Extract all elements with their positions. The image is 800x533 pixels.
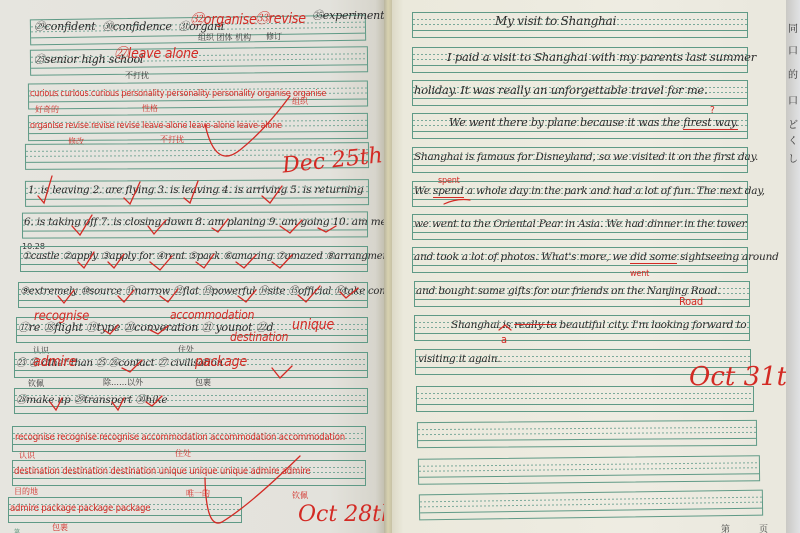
writing-band-empty <box>418 455 760 485</box>
chinese-note: 住处 <box>175 448 191 459</box>
vocab-item: ㉟experiment <box>312 9 384 23</box>
right-page-composition: My visit to Shanghai I paid a visit to S… <box>387 0 800 533</box>
red-practice-line: organise revise revise revise leave-alon… <box>30 119 282 133</box>
edge-char: 的 <box>788 66 798 81</box>
composition-line: and took a lot of photos. What's more, w… <box>414 250 779 264</box>
answer-line: ⑨extremely ⑩source ⑪narrow ⑫flat ⑬powerf… <box>20 285 387 299</box>
notebook-spread: ㉙confident ㉚confidence ㉛organi ㉜organise… <box>0 0 800 533</box>
composition-line: We went there by plane because it was th… <box>449 116 738 130</box>
correction-revise: ㉝revise <box>255 12 306 26</box>
answer-line: ①castle ②apply ③apply for ④rent ⑤pack ⑥a… <box>22 250 387 264</box>
composition-line: I paid a visit to Shanghai with my paren… <box>447 50 756 64</box>
next-page-edge: 同 口 的 口 ど く し <box>786 0 800 533</box>
question-mark: ? <box>710 104 715 118</box>
date-stamp-oct-28: Oct 28th <box>298 502 387 527</box>
chinese-note: 包裹 <box>195 377 211 388</box>
writing-band-empty <box>417 420 757 448</box>
composition-line: Shanghai is really to beautiful city. I'… <box>451 318 746 332</box>
composition-line: Shanghai is famous for Disneyland, so we… <box>414 150 758 164</box>
correction-accommodation: accommodation <box>170 308 254 322</box>
insertion-a: a <box>501 333 507 347</box>
composition-line: visiting it again. <box>418 352 500 366</box>
composition-title: My visit to Shanghai <box>495 14 616 28</box>
correction-organise: ㉜organise <box>190 13 257 27</box>
composition-line: We spend a whole day in the park and had… <box>414 184 765 198</box>
red-practice-line: admire package package package <box>10 502 150 516</box>
edge-char: 同 <box>788 20 798 35</box>
chinese-note: 包裹 <box>52 522 68 533</box>
red-practice-line: recognise recognise recognise accommodat… <box>15 431 345 445</box>
chinese-note: 好奇的 <box>35 104 59 115</box>
left-page-vocabulary: ㉙confident ㉚confidence ㉛organi ㉜organise… <box>0 0 387 533</box>
composition-line: we went to the Oriental Pear in Asia. We… <box>414 217 746 231</box>
red-practice-line: destination destination destination uniq… <box>14 465 310 479</box>
composition-line: and bought some gifts for our friends on… <box>416 284 720 298</box>
edge-char: し <box>788 150 798 165</box>
chinese-note: 目的地 <box>14 486 38 497</box>
page-label-ye: 页 <box>759 522 768 533</box>
answer-line: 6. is taking off 7. is closing down 8. a… <box>24 215 387 229</box>
chinese-note: 钦佩 <box>292 490 308 501</box>
edge-char: 口 <box>788 92 798 107</box>
red-practice-line: curious curious curious personality pers… <box>30 87 326 101</box>
correction-unique: unique <box>292 318 334 332</box>
correction-package: package <box>195 355 247 369</box>
chinese-note: 修订 <box>266 31 282 42</box>
underlined-error: did some <box>630 251 676 264</box>
page-label-di: 第 <box>721 522 730 533</box>
writing-band-empty <box>416 386 754 412</box>
answer-line: 1. is leaving 2. are flying 3. is leavin… <box>28 183 363 197</box>
struck-text: really to <box>514 319 556 331</box>
correction-road: Road <box>679 295 703 309</box>
underlined-error: firest way. <box>683 116 738 130</box>
chinese-note: 除……以外 <box>103 377 143 388</box>
correction-admire: admire <box>33 355 76 369</box>
chinese-note: 组织 团体 机构 <box>198 32 251 43</box>
book-gutter <box>384 0 392 533</box>
edge-char: ど <box>788 116 798 131</box>
correction-destination: destination <box>230 330 288 344</box>
chinese-note: 不打扰 <box>125 70 149 81</box>
correction-went: went <box>630 267 649 281</box>
correction-leave-alone: ㉗leave alone <box>114 47 198 61</box>
chinese-note: 性格 <box>142 103 158 114</box>
writing-band-empty <box>419 490 763 521</box>
chinese-note: 组织 <box>292 96 308 107</box>
page-footer-mark: 第 <box>14 527 20 533</box>
composition-line: holiday. It was really an unforgettable … <box>414 83 708 97</box>
correction-recognise: recognise <box>34 310 89 324</box>
correction-spent: spent <box>438 174 460 188</box>
edge-char: 口 <box>788 42 798 57</box>
answer-line: ㉘make up ㉙transport ㉚hike <box>16 393 167 407</box>
edge-char: く <box>788 132 798 147</box>
